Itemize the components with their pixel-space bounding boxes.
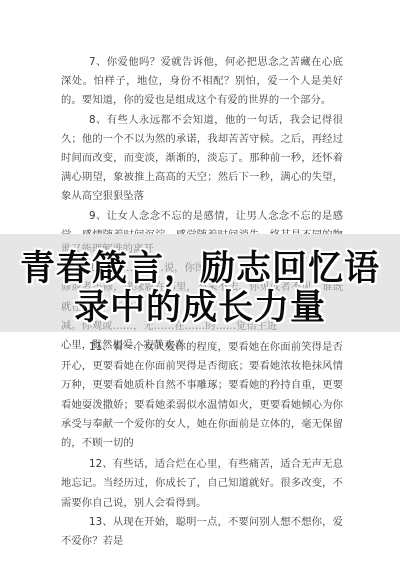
paragraph-12: 12、有些话，适合烂在心里，有些痛苦，适合无声无息地忘记。当经历过，你成长了，自…: [61, 455, 343, 513]
document-body-top: 7、你爱他吗？爱就告诉他，何必把思念之苦藏在心底深处。怕样子，地位，身份不相配？…: [61, 53, 343, 264]
document-body-bottom: 11、看一个女人爱你的程度，要看她在你面前笑得是否开心，更要看她在你面前哭得是否…: [61, 338, 343, 551]
paragraph-7: 7、你爱他吗？爱就告诉他，何必把思念之苦藏在心底深处。怕样子，地位，身份不相配？…: [61, 53, 343, 111]
paragraph-11: 11、看一个女人爱你的程度，要看她在你面前笑得是否开心，更要看她在你面前哭得是否…: [61, 338, 343, 453]
paragraph-13: 13、从现在开始，聪明一点，不要问别人想不想你，爱不爱你？若是: [61, 513, 343, 551]
title-line-1: 青春箴言，励志回忆语: [0, 250, 400, 289]
paragraph-10-line4: 心里，默然相爱，寂静欢喜: [61, 336, 343, 355]
document-page: 7、你爱他吗？爱就告诉他，何必把思念之苦藏在心底深处。怕样子，地位，身份不相配？…: [0, 0, 400, 566]
paragraph-8: 8、有些人永远都不会知道，他的一句话，我会记得很久；他的一个不以为然的承诺，我却…: [61, 111, 343, 207]
page-title: 青春箴言，励志回忆语 录中的成长力量: [0, 250, 400, 328]
title-line-2: 录中的成长力量: [0, 289, 400, 328]
